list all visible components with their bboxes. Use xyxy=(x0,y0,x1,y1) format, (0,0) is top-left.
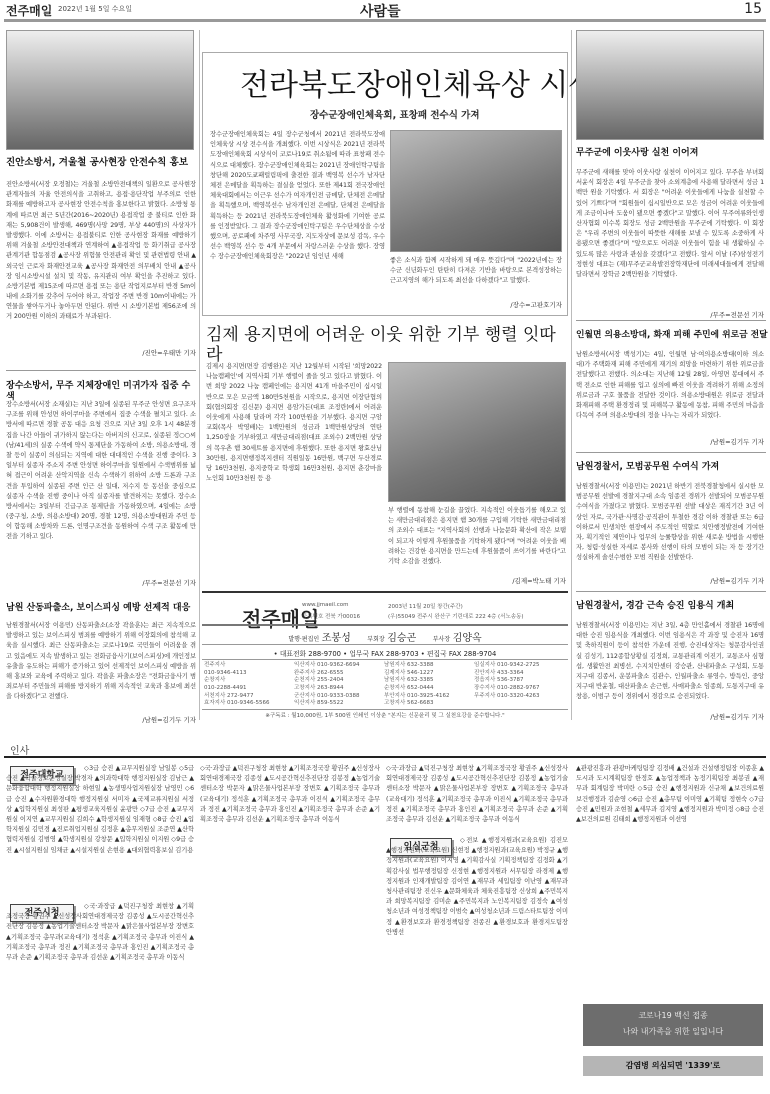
divider xyxy=(576,591,766,592)
fire-station-photo xyxy=(6,30,194,150)
jeonju-univ-personnel: ◇3급 승진 ▲교무지원실장 남일봉 ◇5급 승진 ▲학술정보운영실장 박경자 … xyxy=(6,764,194,864)
column-divider xyxy=(199,30,200,720)
article-body-namwon-promo: 남원경찰서(서장 이용민)는 지난 3일, 4층 만인홀에서 경찰관 16명에 … xyxy=(576,621,764,715)
personnel-right-column: ▲관광진흥과 관광마케팅팀장 김정배 ▲건설과 건설행정팀장 이종훈 ▲도시과 … xyxy=(576,764,764,992)
psa-line-1: 코로나19 백신 접종 xyxy=(583,1008,763,1024)
article-body-jangsu: 장수소방서(서장 소재실)는 지난 3일에 실종된 무주군 안성면 요구조자 구… xyxy=(6,400,196,580)
imprint-address: (우)55049 전주시 완산구 기린대로 222 4층 (서노송동) xyxy=(388,612,566,620)
bureau-row: 전주지사익산지사 010-9362-6694남원지사 632-3388임실지사 … xyxy=(204,662,566,670)
article-body-inwol: 남원소방서(서장 백성기)는 4일, 인월면 남·여의용소방대(이하 의소대)가… xyxy=(576,350,764,444)
imprint-staff: 발행·편집인 조봉성 부회장 김승곤 부사장 김양옥 xyxy=(202,629,568,644)
imprint-website: www.jjmaeil.com xyxy=(302,602,348,608)
divider xyxy=(202,659,568,660)
personnel-section-title: 인사 xyxy=(10,742,29,757)
imprint-phones: • 대표전화 288-9700 • 업무국 FAX 288-9703 • 편집국… xyxy=(202,648,568,658)
jeonju-city-personnel-cont: ◇국·과장급 ▲덕진구청장 최현창 ▲기획조정국장 황권주 ▲신성장사회연대경제… xyxy=(200,764,380,1090)
divider xyxy=(202,644,568,645)
feature-body-right: 좋은 소식과 함께 시작하게 돼 매우 뜻깊다"며 "2022년에는 장수군 신… xyxy=(390,256,562,298)
divider xyxy=(576,452,766,453)
covid-hotline-psa: 감염병 의심되면 '1339'로 xyxy=(583,1056,763,1076)
divider xyxy=(576,320,766,321)
covid-vaccine-psa: 코로나19 백신 접종 나와 내가족을 위한 일입니다 xyxy=(583,1004,763,1046)
jeonju-city-personnel-cont2: ◇국·과장급 ▲덕진구청장 최현창 ▲기획조정국장 황권주 ▲신성장사회연대경제… xyxy=(386,764,568,830)
masthead-divider xyxy=(4,19,766,22)
byline-jangsu: /무주=전문선 기자 xyxy=(110,578,196,587)
personnel-divider xyxy=(4,756,766,758)
byline-jinan: /진안=우태만 기자 xyxy=(110,348,196,357)
page-number: 15 xyxy=(744,1,762,17)
jeonju-city-personnel: ◇국·과장급 ▲덕진구청장 최현창 ▲기획조정국장 황권주 ▲신성장사회연대경제… xyxy=(6,902,194,1090)
byline-inwol: /남원=김기두 기자 xyxy=(680,437,764,446)
donation-photo xyxy=(388,362,566,502)
divider xyxy=(6,370,196,371)
bureau-row: 순창지사순천지사 255-2404남원지사 632-3385정읍지사 536-3… xyxy=(204,677,566,685)
article-body-gimje-left: 김제시 용지면(면장 김병완)은 지난 12월부터 시작된 '희망2022 나눔… xyxy=(206,362,382,584)
byline-feature: /장수=고판호기자 xyxy=(480,300,562,309)
byline-namwon-award: /남원=김기두 기자 xyxy=(680,576,764,585)
byline-namwon-promo: /남원=김기두 기자 xyxy=(680,712,764,721)
masthead: 전주매일 2022년 1월 5일 수요일 사람들 15 xyxy=(0,0,770,20)
newspaper-brand: 전주매일 xyxy=(6,2,52,19)
bureau-table: 전주지사익산지사 010-9362-6694남원지사 632-3388임실지사 … xyxy=(204,662,566,708)
article-headline-gimje: 김제 용지면에 어려운 이웃 위한 기부 행렬 잇따라 xyxy=(206,325,568,366)
imprint-registration: 등록번호 전북 가00016 xyxy=(302,612,360,620)
article-headline-jinan: 진안소방서, 겨울철 공사현장 안전수칙 홍보 xyxy=(6,157,196,168)
psa-line-2: 나와 내가족을 위한 일입니다 xyxy=(583,1024,763,1040)
article-headline-inwol: 인월면 의용소방대, 화재 피해 주민에 위로금 전달 xyxy=(576,330,768,341)
award-ceremony-photo xyxy=(390,130,562,252)
imprint-footer: ※구독료 : 월10,000원, 1부 500원 인쇄인 이상춘 "본지는 신문… xyxy=(202,711,568,719)
divider xyxy=(202,709,568,710)
article-headline-namwon-promo: 남원경찰서, 경감 근속 승진 임용식 개최 xyxy=(576,601,768,612)
article-headline-namwon-sandong: 남원 산동파출소, 보이스피싱 예방 선제적 대응 xyxy=(6,603,198,614)
donation-photo-muju xyxy=(576,30,764,140)
section-title: 사람들 xyxy=(360,1,401,21)
byline-muju: /무주=전문선 기자 xyxy=(680,310,764,319)
article-headline-muju: 무주군에 이웃사랑 실천 이어져 xyxy=(576,148,766,159)
byline-namwon-sandong: /남원=김기두 기자 xyxy=(110,715,196,724)
article-body-namwon-sandong: 남원경찰서(서장 이용민) 산동파출소(소장 곽을훈)는 최근 지속적으로 발생… xyxy=(6,621,196,715)
article-body-gimje-right: 부 행렬에 동참해 눈길을 끌었다. 지속적인 이웃돕기를 해오고 있는 새만금… xyxy=(388,506,566,574)
issue-date: 2022년 1월 5일 수요일 xyxy=(58,4,132,14)
byline-gimje: /김제=박노태 기자 xyxy=(480,576,566,585)
bureau-row: 효자지사 010-9346-5566익산지사 859-5522고창지사 562-… xyxy=(204,700,566,708)
article-body-namwon-award: 남원경찰서(서장 이용민)는 2021년 하반기 전북경찰청에서 실시한 모범공… xyxy=(576,482,764,582)
newspaper-imprint: 전주매일 www.jjmaeil.com 등록번호 전북 가00016 2003… xyxy=(202,598,568,718)
article-headline-namwon-award: 남원경찰서, 모범공무원 수여식 가져 xyxy=(576,462,768,473)
column-divider xyxy=(571,30,572,720)
feature-subheadline: 장수군장애인체육회, 표창패 전수식 가져 xyxy=(310,107,480,121)
imsil-county-personnel: ◇전보 ▲행정지원과(교육요원) 김진모 ▲행정지원과(교육요원) 신현정 ▲행… xyxy=(386,836,568,1090)
imprint-founded: 2003년 11월 20일 창간(주간) xyxy=(388,602,463,610)
bureau-row: 010-2288-4491고창지사 263-8944순창지사 652-0444장… xyxy=(204,685,566,693)
feature-body-left: 장수군장애인체육회는 4일 장수군청에서 2021년 전라북도장애인체육상 시상… xyxy=(210,130,385,306)
article-body-muju: 무주군에 새해를 맞아 이웃사랑 실천이 이어지고 있다. 무주읍 부녀회 서윤… xyxy=(576,168,764,308)
divider xyxy=(202,624,568,626)
divider xyxy=(202,591,568,593)
article-body-jinan: 진안소방서(서장 오정철)는 겨울철 소방안전대책의 일환으로 공사현장 관계자… xyxy=(6,180,196,348)
